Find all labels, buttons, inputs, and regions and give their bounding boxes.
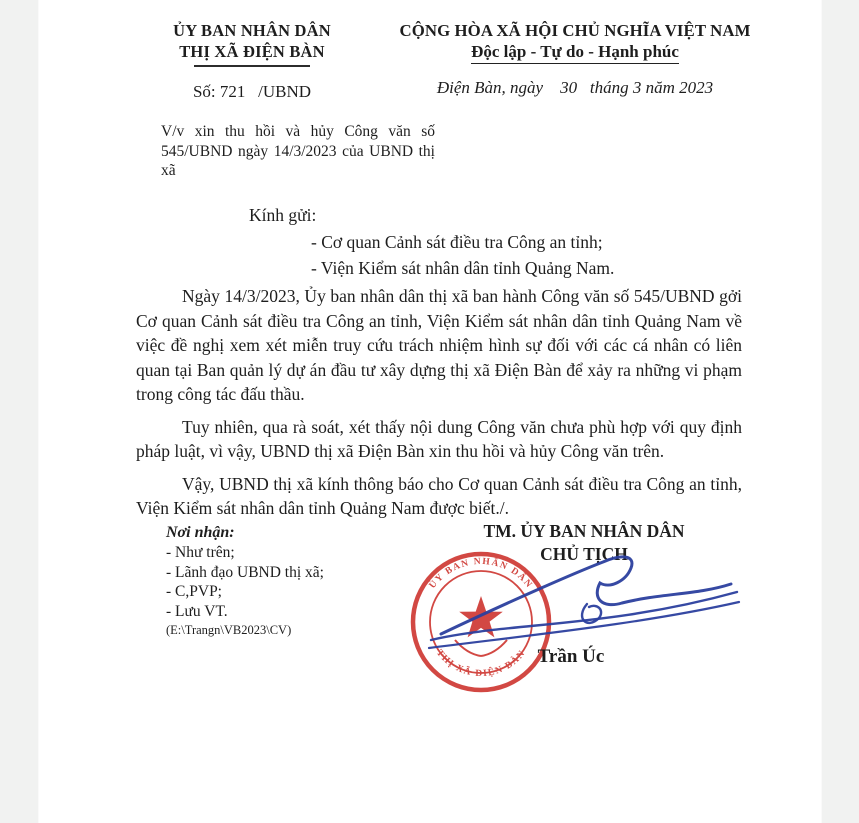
distribution-block: Nơi nhận: - Như trên; - Lãnh đạo UBND th…: [166, 522, 406, 638]
recipient-item: - Cơ quan Cảnh sát điều tra Công an tỉnh…: [311, 230, 614, 256]
authority-name-line1: ỦY BAN NHÂN DÂN: [157, 20, 347, 41]
body-paragraph: Vậy, UBND thị xã kính thông báo cho Cơ q…: [136, 472, 742, 521]
distribution-item: - Lãnh đạo UBND thị xã;: [166, 563, 406, 583]
date-line: Điện Bàn, ngày 30 tháng 3 năm 2023: [387, 78, 763, 98]
national-title: CỘNG HÒA XÃ HỘI CHỦ NGHĨA VIỆT NAM: [387, 20, 763, 41]
document-page: ỦY BAN NHÂN DÂN THỊ XÃ ĐIỆN BÀN Số: 721 …: [38, 0, 822, 823]
signature-ink: [427, 540, 745, 658]
signer-name: Trần Úc: [471, 646, 671, 668]
authority-underline: [194, 65, 310, 67]
authority-name-line2: THỊ XÃ ĐIỆN BÀN: [157, 41, 347, 62]
recipients-list: - Cơ quan Cảnh sát điều tra Công an tỉnh…: [311, 230, 614, 281]
national-header-block: CỘNG HÒA XÃ HỘI CHỦ NGHĨA VIỆT NAM Độc l…: [387, 20, 763, 98]
body-paragraph: Ngày 14/3/2023, Ủy ban nhân dân thị xã b…: [136, 284, 742, 407]
document-number: Số: 721 /UBND: [157, 82, 347, 102]
distribution-item: - Như trên;: [166, 543, 406, 563]
distribution-item: - Lưu VT.: [166, 602, 406, 622]
document-subject: V/v xin thu hồi và hủy Công văn số 545/U…: [161, 122, 435, 181]
distribution-label: Nơi nhận:: [166, 522, 406, 543]
recipient-item: - Viện Kiểm sát nhân dân tỉnh Quảng Nam.: [311, 256, 614, 282]
national-motto: Độc lập - Tự do - Hạnh phúc: [471, 41, 679, 64]
distribution-item: - C,PVP;: [166, 582, 406, 602]
file-path-note: (E:\Trangn\VB2023\CV): [166, 622, 406, 638]
issuing-authority-block: ỦY BAN NHÂN DÂN THỊ XÃ ĐIỆN BÀN Số: 721 …: [157, 20, 347, 102]
salutation: Kính gửi:: [249, 205, 316, 226]
body-paragraph: Tuy nhiên, qua rà soát, xét thấy nội dun…: [136, 415, 742, 464]
body-text: Ngày 14/3/2023, Ủy ban nhân dân thị xã b…: [136, 284, 742, 529]
